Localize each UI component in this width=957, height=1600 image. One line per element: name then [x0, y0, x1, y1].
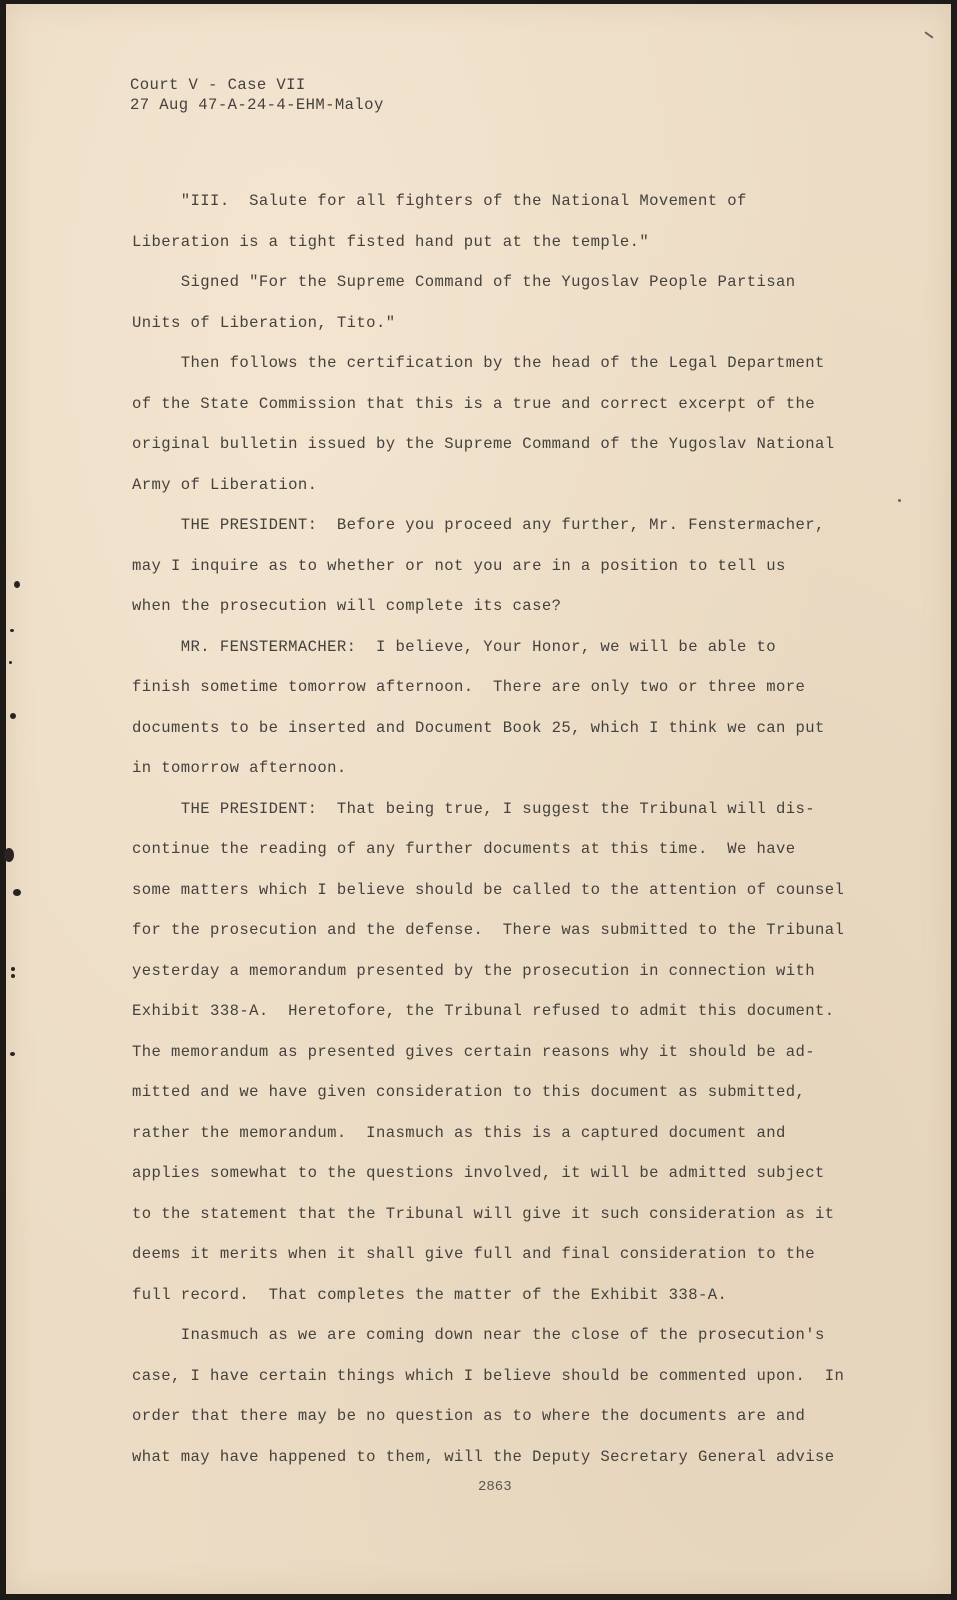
- transcript-line: in tomorrow afternoon.: [132, 759, 347, 777]
- document-page: Court V - Case VII 27 Aug 47-A-24-4-EHM-…: [6, 4, 951, 1594]
- binding-hole-mark: [13, 889, 21, 896]
- transcript-line: Then follows the certification by the he…: [132, 354, 825, 372]
- transcript-line: Liberation is a tight fisted hand put at…: [132, 233, 649, 251]
- transcript-line: The memorandum as presented gives certai…: [132, 1043, 815, 1061]
- transcript-line: deems it merits when it shall give full …: [132, 1245, 815, 1263]
- paper-blemish: [898, 499, 901, 502]
- binding-hole-mark: [10, 629, 14, 632]
- transcript-line: case, I have certain things which I beli…: [132, 1367, 844, 1385]
- binding-hole-mark: [11, 974, 15, 978]
- transcript-line: full record. That completes the matter o…: [132, 1286, 727, 1304]
- binding-hole-mark: [4, 848, 14, 862]
- transcript-line: Exhibit 338-A. Heretofore, the Tribunal …: [132, 1002, 835, 1020]
- transcript-line: rather the memorandum. Inasmuch as this …: [132, 1124, 786, 1142]
- binding-hole-mark: [9, 661, 12, 664]
- transcript-line: finish sometime tomorrow afternoon. Ther…: [132, 678, 805, 696]
- transcript-line: what may have happened to them, will the…: [132, 1448, 835, 1466]
- binding-hole-mark: [14, 581, 20, 588]
- transcript-line: for the prosecution and the defense. The…: [132, 921, 844, 939]
- case-header-court: Court V - Case VII: [130, 76, 306, 94]
- binding-hole-mark: [10, 713, 16, 719]
- transcript-line: THE PRESIDENT: Before you proceed any fu…: [132, 516, 825, 534]
- transcript-line: Signed "For the Supreme Command of the Y…: [132, 273, 796, 291]
- transcript-line: Inasmuch as we are coming down near the …: [132, 1326, 825, 1344]
- transcript-line: applies somewhat to the questions involv…: [132, 1164, 825, 1182]
- transcript-line: yesterday a memorandum presented by the …: [132, 962, 815, 980]
- transcript-line: mitted and we have given consideration t…: [132, 1083, 805, 1101]
- transcript-line: some matters which I believe should be c…: [132, 881, 844, 899]
- binding-hole-mark: [10, 1052, 15, 1056]
- transcript-line: to the statement that the Tribunal will …: [132, 1205, 835, 1223]
- transcript-line: MR. FENSTERMACHER: I believe, Your Honor…: [132, 638, 776, 656]
- transcript-line: Units of Liberation, Tito.": [132, 314, 395, 332]
- transcript-line: may I inquire as to whether or not you a…: [132, 557, 786, 575]
- transcript-line: "III. Salute for all fighters of the Nat…: [132, 192, 747, 210]
- transcript-line: original bulletin issued by the Supreme …: [132, 435, 835, 453]
- page-number: 2863: [478, 1479, 512, 1495]
- transcript-line: when the prosecution will complete its c…: [132, 597, 561, 615]
- case-header-reference: 27 Aug 47-A-24-4-EHM-Maloy: [130, 96, 384, 114]
- transcript-line: documents to be inserted and Document Bo…: [132, 719, 825, 737]
- transcript-line: of the State Commission that this is a t…: [132, 395, 815, 413]
- binding-hole-mark: [11, 967, 15, 971]
- transcript-line: Army of Liberation.: [132, 476, 317, 494]
- transcript-line: continue the reading of any further docu…: [132, 840, 796, 858]
- transcript-line: THE PRESIDENT: That being true, I sugges…: [132, 800, 815, 818]
- transcript-line: order that there may be no question as t…: [132, 1407, 805, 1425]
- paper-blemish: [924, 31, 933, 38]
